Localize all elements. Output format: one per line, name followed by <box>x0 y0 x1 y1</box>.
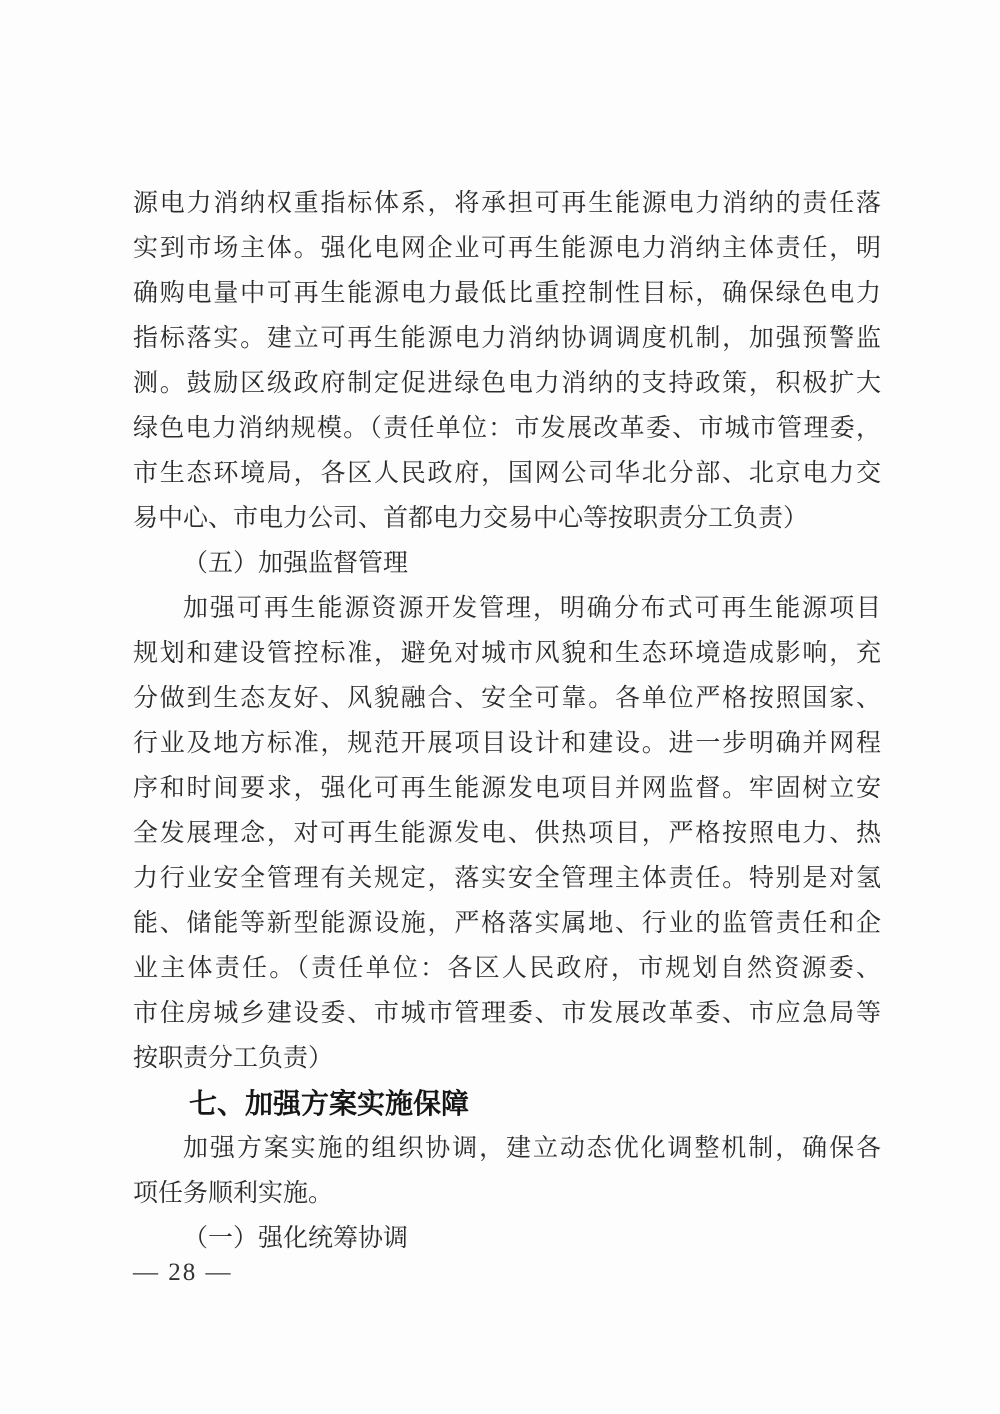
body-text-segment: 力行业安全管理有关规定，落实安全管理主体责任。特别是对氢 <box>133 865 881 892</box>
text-line: 规划和建设管控标准，避免对城市风貌和生态环境造成影响，充 <box>133 631 881 676</box>
kaiti-text-segment: （五）加强监督管理 <box>183 550 408 577</box>
kaiti-text-segment: 易中心、市电力公司、首都电力交易中心等按职责分工负责） <box>133 505 808 532</box>
text-line: 业主体责任。（责任单位：各区人民政府，市规划自然资源委、 <box>133 946 881 991</box>
kaiti-text-segment: 市住房城乡建设委、市城市管理委、市发展改革委、市应急局等 <box>133 1000 881 1027</box>
kaiti-text-segment: 按职责分工负责） <box>133 1045 333 1072</box>
kaiti-text-segment: （责任单位：各区人民政府，市规划自然资源委、 <box>296 955 881 982</box>
body-text-segment: 绿色电力消纳规模。 <box>133 415 369 442</box>
body-text-segment: 能、储能等新型能源设施，严格落实属地、行业的监管责任和企 <box>133 910 881 937</box>
body-text-segment: 分做到生态友好、风貌融合、安全可靠。各单位严格按照国家、 <box>133 685 881 712</box>
body-text-segment: 源电力消纳权重指标体系，将承担可再生能源电力消纳的责任落 <box>133 190 881 217</box>
body-text-segment: 指标落实。建立可再生能源电力消纳协调调度机制，加强预警监 <box>133 325 881 352</box>
text-line: 能、储能等新型能源设施，严格落实属地、行业的监管责任和企 <box>133 901 881 946</box>
text-line: 市住房城乡建设委、市城市管理委、市发展改革委、市应急局等 <box>133 991 881 1036</box>
text-line: 源电力消纳权重指标体系，将承担可再生能源电力消纳的责任落 <box>133 181 881 226</box>
body-text-segment: 七、加强方案实施保障 <box>189 1089 469 1120</box>
text-line: 确购电量中可再生能源电力最低比重控制性目标，确保绿色电力 <box>133 271 881 316</box>
text-line: 市生态环境局，各区人民政府，国网公司华北分部、北京电力交 <box>133 451 881 496</box>
text-line: 实到市场主体。强化电网企业可再生能源电力消纳主体责任，明 <box>133 226 881 271</box>
body-text-segment: 测。鼓励区级政府制定促进绿色电力消纳的支持政策，积极扩大 <box>133 370 881 397</box>
body-text-segment: 实到市场主体。强化电网企业可再生能源电力消纳主体责任，明 <box>133 235 881 262</box>
body-text-segment: 加强方案实施的组织协调，建立动态优化调整机制，确保各 <box>183 1135 881 1162</box>
text-line: 力行业安全管理有关规定，落实安全管理主体责任。特别是对氢 <box>133 856 881 901</box>
text-line: 全发展理念，对可再生能源发电、供热项目，严格按照电力、热 <box>133 811 881 856</box>
body-text-segment: 序和时间要求，强化可再生能源发电项目并网监督。牢固树立安 <box>133 775 881 802</box>
text-line: 测。鼓励区级政府制定促进绿色电力消纳的支持政策，积极扩大 <box>133 361 881 406</box>
text-line: 分做到生态友好、风貌融合、安全可靠。各单位严格按照国家、 <box>133 676 881 721</box>
text-line: 序和时间要求，强化可再生能源发电项目并网监督。牢固树立安 <box>133 766 881 811</box>
text-line: 按职责分工负责） <box>133 1036 881 1081</box>
text-line: 加强可再生能源资源开发管理，明确分布式可再生能源项目 <box>133 586 881 631</box>
text-line: 加强方案实施的组织协调，建立动态优化调整机制，确保各 <box>133 1126 881 1171</box>
text-line: 指标落实。建立可再生能源电力消纳协调调度机制，加强预警监 <box>133 316 881 361</box>
document-body: 源电力消纳权重指标体系，将承担可再生能源电力消纳的责任落实到市场主体。强化电网企… <box>133 181 881 1261</box>
section-5-heading: （五）加强监督管理 <box>133 541 881 586</box>
page-number: — 28 — <box>133 1256 233 1290</box>
section-1-heading: （一）强化统筹协调 <box>133 1216 881 1261</box>
document-page: 源电力消纳权重指标体系，将承担可再生能源电力消纳的责任落实到市场主体。强化电网企… <box>0 0 1000 1414</box>
text-line: 绿色电力消纳规模。（责任单位：市发展改革委、市城市管理委， <box>133 406 881 451</box>
section-7-heading: 七、加强方案实施保障 <box>133 1081 881 1126</box>
body-text-segment: 业主体责任。 <box>133 955 296 982</box>
text-line: 项任务顺利实施。 <box>133 1171 881 1216</box>
text-line: 易中心、市电力公司、首都电力交易中心等按职责分工负责） <box>133 496 881 541</box>
body-text-segment: 行业及地方标准，规范开展项目设计和建设。进一步明确并网程 <box>133 730 881 757</box>
kaiti-text-segment: 市生态环境局，各区人民政府，国网公司华北分部、北京电力交 <box>133 460 881 487</box>
kaiti-text-segment: （一）强化统筹协调 <box>183 1225 408 1252</box>
text-line: 行业及地方标准，规范开展项目设计和建设。进一步明确并网程 <box>133 721 881 766</box>
body-text-segment: 规划和建设管控标准，避免对城市风貌和生态环境造成影响，充 <box>133 640 881 667</box>
body-text-segment: 加强可再生能源资源开发管理，明确分布式可再生能源项目 <box>183 595 881 622</box>
kaiti-text-segment: （责任单位：市发展改革委、市城市管理委， <box>369 415 881 442</box>
body-text-segment: 项任务顺利实施。 <box>133 1180 333 1207</box>
body-text-segment: 确购电量中可再生能源电力最低比重控制性目标，确保绿色电力 <box>133 280 881 307</box>
body-text-segment: 全发展理念，对可再生能源发电、供热项目，严格按照电力、热 <box>133 820 881 847</box>
